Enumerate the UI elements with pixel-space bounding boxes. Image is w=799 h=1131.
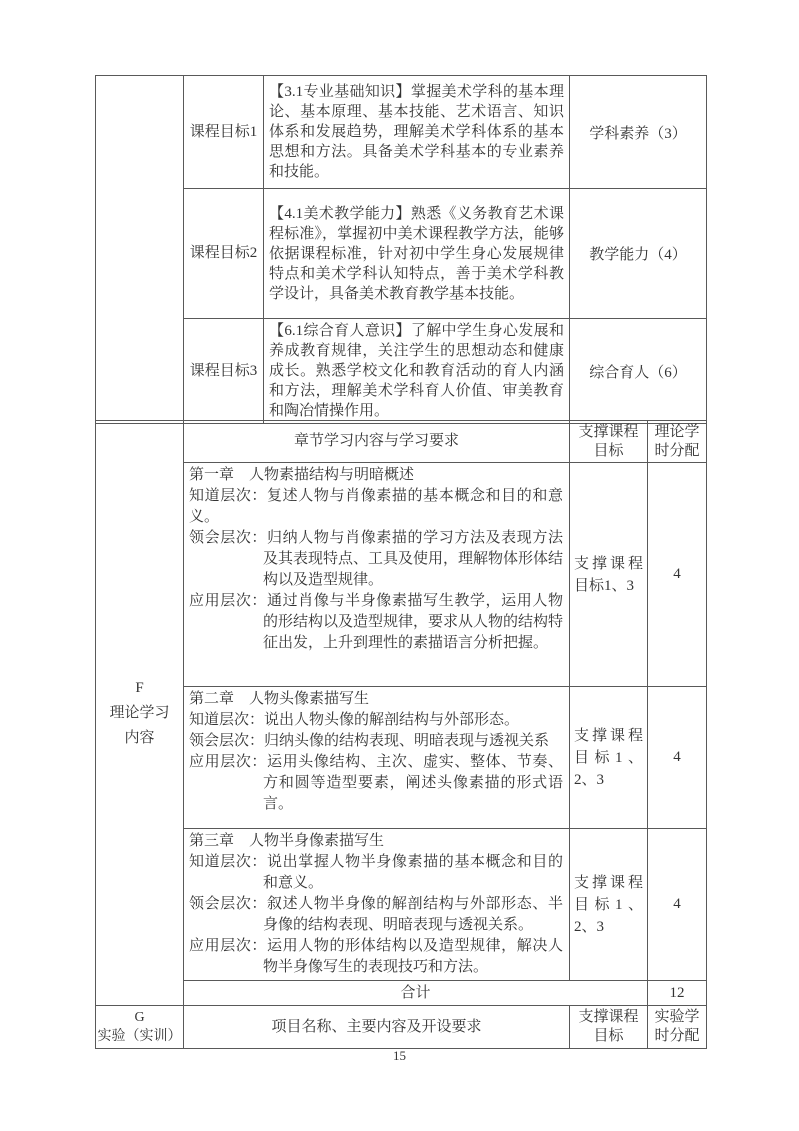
chapter-2-hours: 4: [648, 687, 707, 829]
chapter-3-item-comprehend: 领会层次：叙述人物半身像的解剖结构与外部形态、半身像的结构表现、明暗表现与透视关…: [189, 894, 563, 936]
chapter-1-item-know: 知道层次：复述人物与肖像素描的基本概念和目的和意义。: [189, 486, 563, 528]
chapter-3-title: 第三章 人物半身像素描写生: [189, 831, 563, 852]
chapter-1-content: 第一章 人物素描结构与明暗概述 知道层次：复述人物与肖像素描的基本概念和目的和意…: [184, 463, 570, 687]
chapter-2-item-know: 知道层次：说出人物头像的解剖结构与外部形态。: [189, 710, 563, 731]
objective-3-description: 【6.1综合育人意识】了解中学生身心发展和养成教育规律，关注学生的思想动态和健康…: [264, 319, 570, 424]
practice-support-header: 支撑课程 目标: [570, 1006, 648, 1049]
chapter-content-header: 章节学习内容与学习要求: [184, 421, 570, 463]
objective-2-requirement: 教学能力（4）: [570, 189, 707, 319]
chapter-2-item-comprehend: 领会层次：归纳头像的结构表现、明暗表现与透视关系: [189, 731, 563, 752]
chapter-1-title: 第一章 人物素描结构与明暗概述: [189, 465, 563, 486]
theory-hours-header: 理论学 时分配: [648, 421, 707, 463]
project-content-header: 项目名称、主要内容及开设要求: [184, 1006, 570, 1049]
section-f-title-line2: 内容: [100, 726, 179, 751]
chapter-3-item-know: 知道层次：说出掌握人物半身像素描的基本概念和目的和意义。: [189, 852, 563, 894]
chapter-1-hours: 4: [648, 463, 707, 687]
chapter-2-item-apply: 应用层次：运用头像结构、主次、虚实、整体、节奏、方和圆等造型要素，阐述头像素描的…: [189, 752, 563, 815]
chapter-1-item-apply: 应用层次：通过肖像与半身像素描写生教学，运用人物的形结构以及造型规律，要求从人物…: [189, 591, 563, 654]
support-objectives-header: 支撑课程 目标: [570, 421, 648, 463]
section-g-label-cell: G 实验（实训）: [96, 1006, 184, 1049]
total-label-cell: 合计: [184, 981, 648, 1006]
chapter-2-content: 第二章 人物头像素描写生 知道层次：说出人物头像的解剖结构与外部形态。 领会层次…: [184, 687, 570, 829]
chapter-2-support: 支撑课程目标1、2、3: [570, 687, 648, 829]
page-number: 15: [0, 1048, 799, 1064]
section-f-title-line1: 理论学习: [100, 701, 179, 726]
chapter-2-title: 第二章 人物头像素描写生: [189, 689, 563, 710]
section-g-title: 实验（实训）: [96, 1027, 183, 1046]
section-g-letter: G: [96, 1008, 183, 1027]
total-hours-cell: 12: [648, 981, 707, 1006]
objective-2-label: 课程目标2: [184, 189, 264, 319]
theory-content-table: F 理论学习 内容 章节学习内容与学习要求 支撑课程 目标 理论学 时分配 第一…: [95, 420, 707, 1049]
section-f-label-cell: F 理论学习 内容: [96, 421, 184, 1006]
chapter-3-item-apply: 应用层次：运用人物的形体结构以及造型规律，解决人物半身像写生的表现技巧和方法。: [189, 936, 563, 978]
document-page: 课程目标1 【3.1专业基础知识】掌握美术学科的基本理论、基本原理、基本技能、艺…: [0, 0, 799, 1131]
chapter-3-support: 支撑课程目标1、2、3: [570, 829, 648, 981]
objective-1-requirement: 学科素养（3）: [570, 76, 707, 189]
chapter-1-support: 支撑课程目标1、3: [570, 463, 648, 687]
objective-3-requirement: 综合育人（6）: [570, 319, 707, 424]
chapter-1-item-comprehend: 领会层次：归纳人物与肖像素描的学习方法及表现方法及其表现特点、工具及使用，理解物…: [189, 528, 563, 591]
objective-3-label: 课程目标3: [184, 319, 264, 424]
course-objectives-table: 课程目标1 【3.1专业基础知识】掌握美术学科的基本理论、基本原理、基本技能、艺…: [95, 75, 707, 424]
objective-1-label: 课程目标1: [184, 76, 264, 189]
objectives-left-spacer-cell: [96, 76, 184, 424]
objective-1-description: 【3.1专业基础知识】掌握美术学科的基本理论、基本原理、基本技能、艺术语言、知识…: [264, 76, 570, 189]
chapter-3-hours: 4: [648, 829, 707, 981]
chapter-3-content: 第三章 人物半身像素描写生 知道层次：说出掌握人物半身像素描的基本概念和目的和意…: [184, 829, 570, 981]
practice-hours-header: 实验学 时分配: [648, 1006, 707, 1049]
objective-2-description: 【4.1美术教学能力】熟悉《义务教育艺术课程标准》，掌握初中美术课程教学方法，能…: [264, 189, 570, 319]
section-f-letter: F: [100, 676, 179, 701]
